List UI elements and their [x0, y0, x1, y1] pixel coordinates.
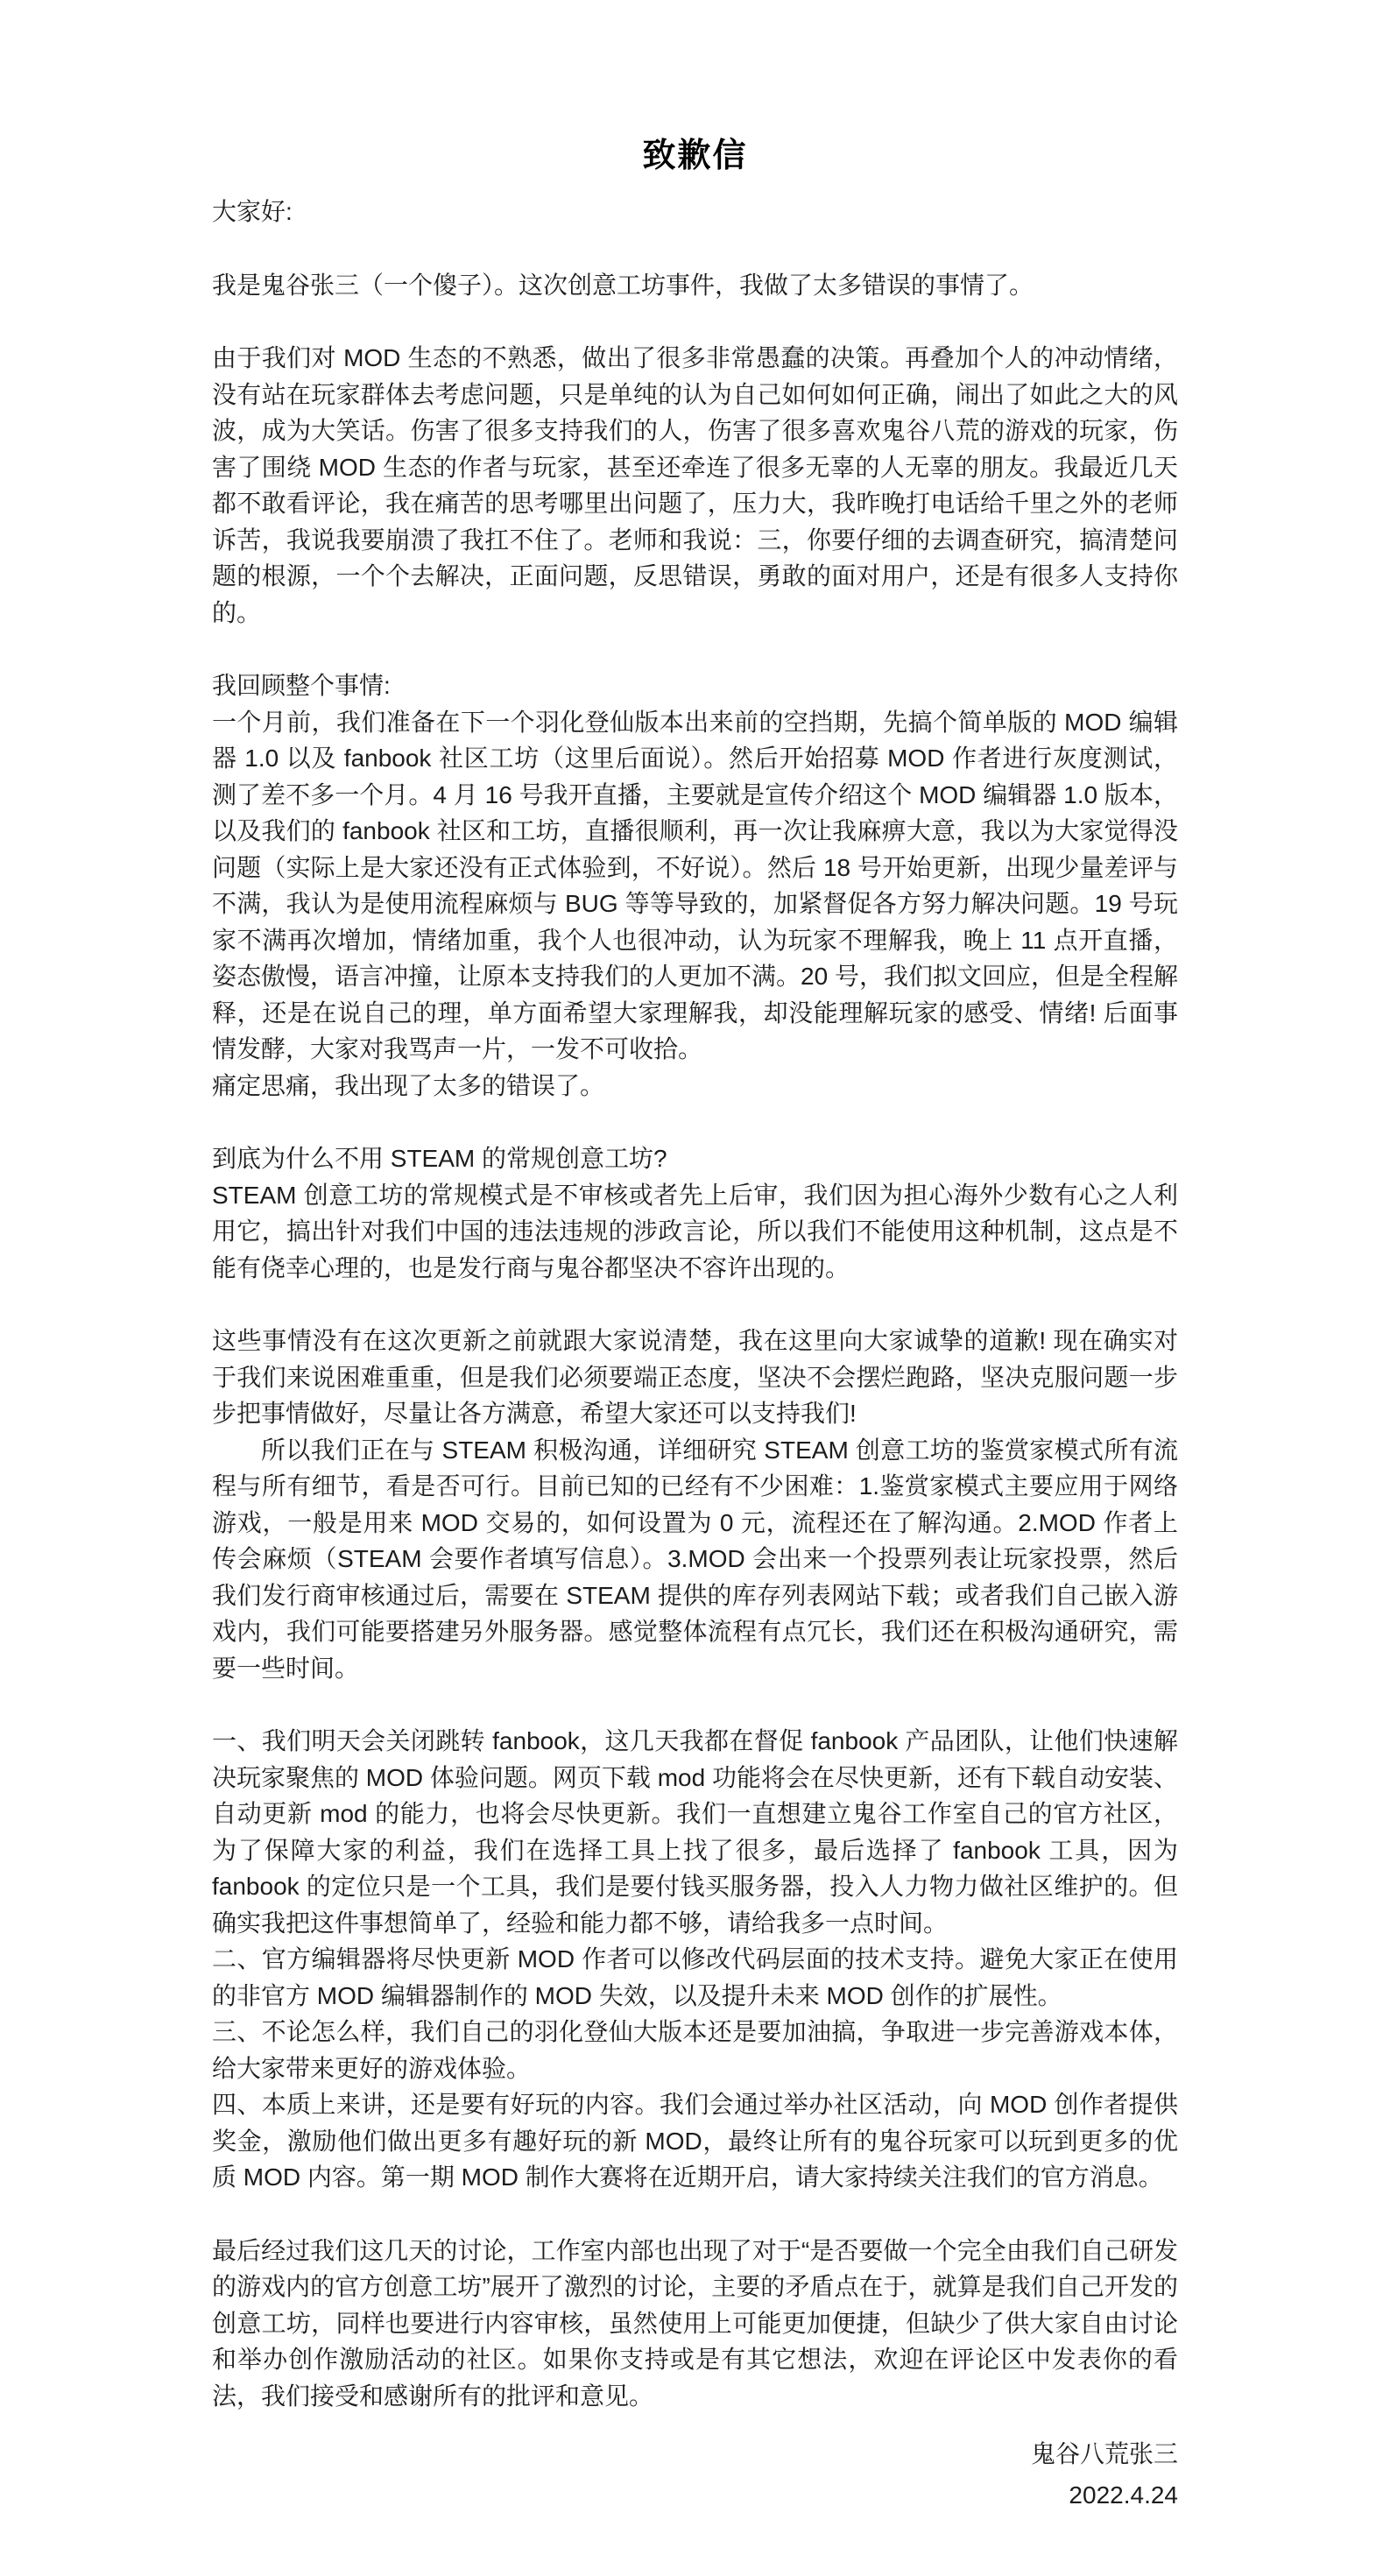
paragraph-block-greeting: 大家好:	[212, 194, 1178, 230]
signature-name: 鬼谷八荒张三	[212, 2433, 1178, 2474]
paragraph-line: 大家好:	[212, 194, 1178, 230]
paragraph-block-apology-and-plan: 这些事情没有在这次更新之前就跟大家说清楚，我在这里向大家诚挚的道歉! 现在确实对…	[212, 1323, 1178, 1686]
paragraph-block-why-not-steam-workshop: 到底为什么不用 STEAM 的常规创意工坊?STEAM 创意工坊的常规模式是不审…	[212, 1140, 1178, 1286]
paragraph-line: STEAM 创意工坊的常规模式是不审核或者先上后审，我们因为担心海外少数有心之人…	[212, 1177, 1178, 1287]
paragraph-line: 最后经过我们这几天的讨论，工作室内部也出现了对于“是否要做一个完全由我们自己研发…	[212, 2233, 1178, 2415]
paragraph-line: 我是鬼谷张三（一个傻子）。这次创意工坊事件，我做了太多错误的事情了。	[212, 267, 1178, 304]
letter-body: 大家好:我是鬼谷张三（一个傻子）。这次创意工坊事件，我做了太多错误的事情了。由于…	[212, 194, 1178, 2414]
paragraph-block-reflection: 由于我们对 MOD 生态的不熟悉，做出了很多非常愚蠢的决策。再叠加个人的冲动情绪…	[212, 340, 1178, 631]
paragraph-line: 一、我们明天会关闭跳转 fanbook，这几天我都在督促 fanbook 产品团…	[212, 1723, 1178, 1941]
paragraph-line: 到底为什么不用 STEAM 的常规创意工坊?	[212, 1140, 1178, 1177]
paragraph-block-self-intro: 我是鬼谷张三（一个傻子）。这次创意工坊事件，我做了太多错误的事情了。	[212, 267, 1178, 304]
paragraph-block-closing: 最后经过我们这几天的讨论，工作室内部也出现了对于“是否要做一个完全由我们自己研发…	[212, 2233, 1178, 2415]
paragraph-line: 所以我们正在与 STEAM 积极沟通，详细研究 STEAM 创意工坊的鉴赏家模式…	[212, 1432, 1178, 1687]
paragraph-line: 这些事情没有在这次更新之前就跟大家说清楚，我在这里向大家诚挚的道歉! 现在确实对…	[212, 1323, 1178, 1432]
paragraph-line: 二、官方编辑器将尽快更新 MOD 作者可以修改代码层面的技术支持。避免大家正在使…	[212, 1941, 1178, 2014]
paragraph-line: 四、本质上来讲，还是要有好玩的内容。我们会通过举办社区活动，向 MOD 创作者提…	[212, 2086, 1178, 2196]
signature-block: 鬼谷八荒张三 2022.4.24	[212, 2433, 1178, 2516]
paragraph-line: 痛定思痛，我出现了太多的错误了。	[212, 1068, 1178, 1105]
paragraph-block-recap: 我回顾整个事情:一个月前，我们准备在下一个羽化登仙版本出来前的空挡期，先搞个简单…	[212, 667, 1178, 1104]
paragraph-block-action-items: 一、我们明天会关闭跳转 fanbook，这几天我都在督促 fanbook 产品团…	[212, 1723, 1178, 2196]
letter-title: 致歉信	[212, 136, 1178, 176]
signature-date: 2022.4.24	[212, 2474, 1178, 2516]
paragraph-line: 三、不论怎么样，我们自己的羽化登仙大版本还是要加油搞，争取进一步完善游戏本体，给…	[212, 2014, 1178, 2086]
paragraph-line: 由于我们对 MOD 生态的不熟悉，做出了很多非常愚蠢的决策。再叠加个人的冲动情绪…	[212, 340, 1178, 631]
letter-page: 致歉信 大家好:我是鬼谷张三（一个傻子）。这次创意工坊事件，我做了太多错误的事情…	[0, 0, 1390, 2576]
paragraph-line: 我回顾整个事情:	[212, 667, 1178, 704]
paragraph-line: 一个月前，我们准备在下一个羽化登仙版本出来前的空挡期，先搞个简单版的 MOD 编…	[212, 704, 1178, 1068]
letter-content: 致歉信 大家好:我是鬼谷张三（一个傻子）。这次创意工坊事件，我做了太多错误的事情…	[212, 136, 1178, 2516]
